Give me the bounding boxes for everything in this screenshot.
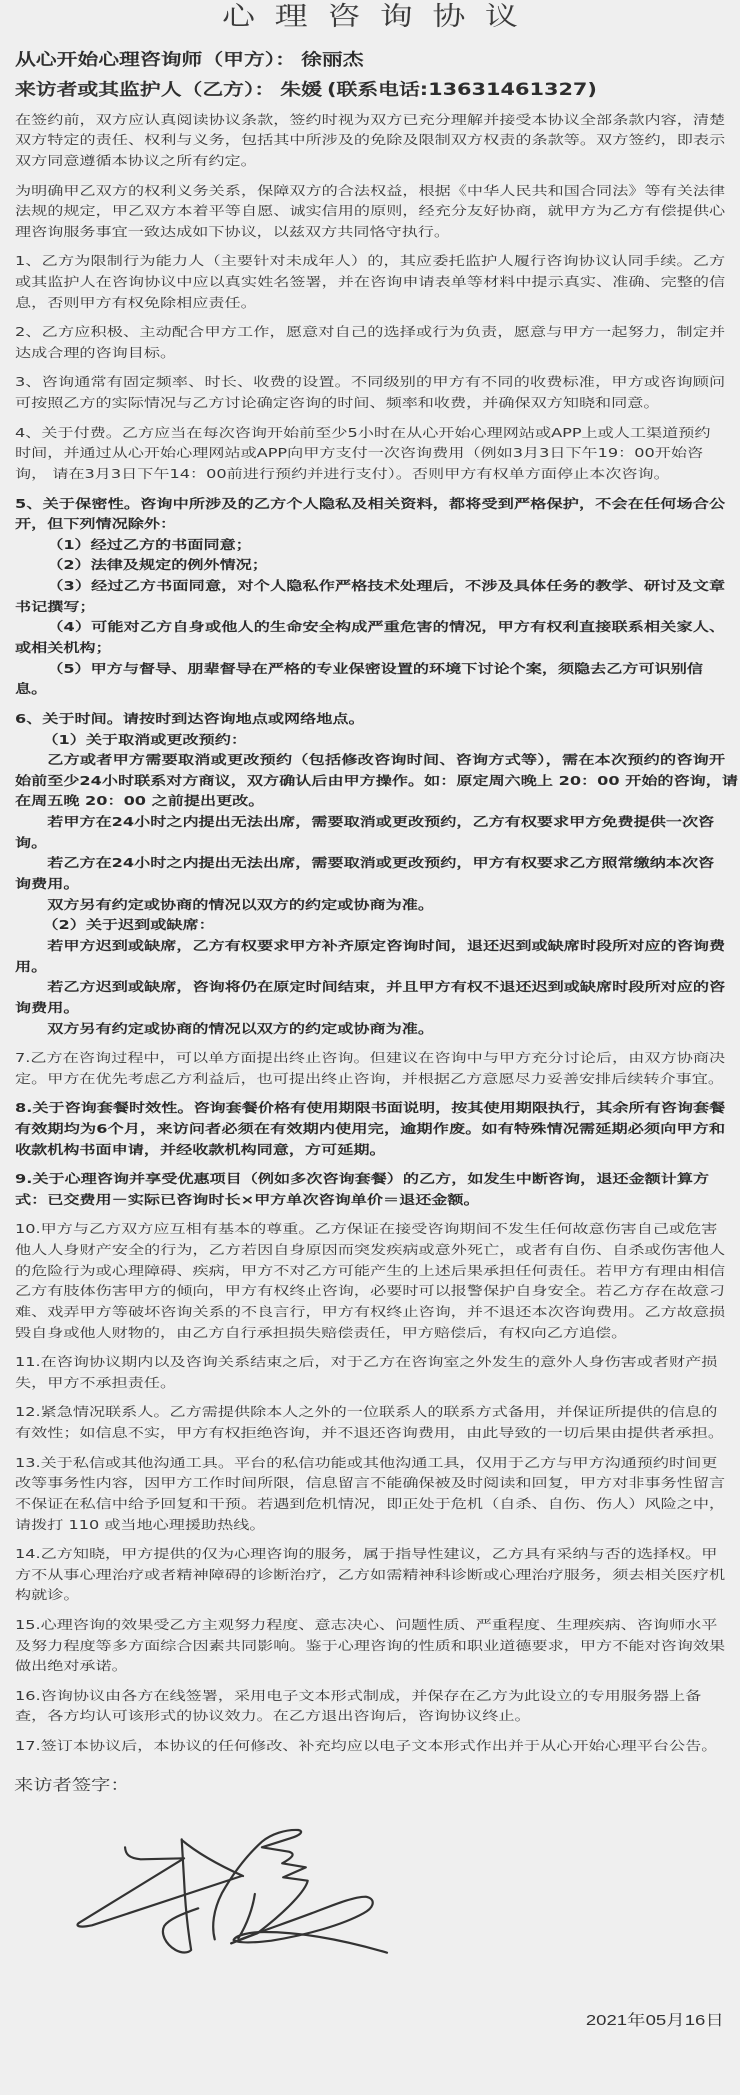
- text-line: 可按照乙方的实际情况与乙方讨论确定咨询的时间、频率和收费，并确保双方知晓和同意。: [15, 393, 725, 414]
- text-line: 16.咨询协议由各方在线签署，采用电子文本形式制成，并保存在乙方为此设立的专用服…: [15, 1686, 725, 1707]
- text-line: 在签约前，双方应认真阅读协议条款，签约时视为双方已充分理解并接受本协议全部条款内…: [15, 110, 725, 131]
- preamble-paragraph: 为明确甲乙双方的权利义务关系，保障双方的合法权益，根据《中华人民共和国合同法》等…: [15, 181, 725, 243]
- party-b-name: 朱媛: [280, 80, 322, 99]
- exception-item-4: （4）可能对乙方自身或他人的生命安全构成严重危害的情况，甲方有权利直接联系相关家…: [15, 617, 725, 638]
- text-line: 13.关于私信或其他沟通工具。平台的私信功能或其他沟通工具，仅用于乙方与甲方沟通…: [15, 1453, 725, 1474]
- text-line: 询费用。: [15, 998, 725, 1019]
- text-line: 失，甲方不承担责任。: [15, 1373, 725, 1394]
- handwritten-signature-image: [0, 1770, 740, 2095]
- text-line: 若甲方在24小时之内提出无法出席，需要取消或更改预约，乙方有权要求甲方免费提供一…: [15, 812, 725, 833]
- text-line: 若甲方迟到或缺席，乙方有权要求甲方补齐原定咨询时间，退还迟到或缺席时段所对应的咨…: [15, 936, 725, 957]
- text-line: 构就诊。: [15, 1585, 725, 1606]
- text-line: 4、关于付费。乙方应当在每次咨询开始前至少5小时在从心开始心理网站或APP上或人…: [15, 423, 725, 444]
- party-b-line: 来访者或其监护人（乙方）：朱媛(联系电话:13631461327): [15, 75, 726, 105]
- text-line: 12.紧急情况联系人。乙方需提供除本人之外的一位联系人的联系方式备用，并保证所提…: [15, 1402, 725, 1423]
- text-line: 8.关于咨询套餐时效性。咨询套餐价格有使用期限书面说明，按其使用期限执行，其余所…: [15, 1098, 725, 1119]
- counseling-agreement-document: 心理咨询协议 从心开始心理咨询师（甲方）：徐丽杰 来访者或其监护人（乙方）：朱媛…: [0, 0, 740, 2095]
- text-line: 在周五晚 20：00 之前提出更改。: [15, 791, 725, 812]
- text-line: 定。甲方在优先考虑乙方利益后，也可提出终止咨询，并根据乙方意愿尽力妥善安排后续转…: [15, 1069, 725, 1090]
- text-line: 开，但下列情况除外：: [15, 514, 725, 535]
- parties-block: 从心开始心理咨询师（甲方）：徐丽杰 来访者或其监护人（乙方）：朱媛(联系电话:1…: [15, 45, 726, 105]
- text-line: 不保证在私信中给予回复和干预。若遇到危机情况，即正处于危机（自杀、自伤、伤人）风…: [15, 1494, 725, 1515]
- party-a-line: 从心开始心理咨询师（甲方）：徐丽杰: [15, 45, 726, 75]
- text-line: 改等事务性内容，因甲方工作时间所限，信息留言不能确保被及时阅读和回复，甲方对非事…: [15, 1473, 725, 1494]
- text-line: 7.乙方在咨询过程中，可以单方面提出终止咨询。但建议在咨询中与甲方充分讨论后，由…: [15, 1048, 725, 1069]
- exception-item-1: （1）经过乙方的书面同意；: [15, 535, 725, 556]
- clause-11: 11.在咨询协议期内以及咨询关系结束之后，对于乙方在咨询室之外发生的意外人身伤害…: [15, 1352, 725, 1393]
- text-line: 始前至少24小时联系对方商议，双方确认后由甲方操作。如：原定周六晚上 20：00…: [15, 771, 725, 792]
- text-line: 做出绝对承诺。: [15, 1656, 725, 1677]
- text-line: 询， 请在3月3日下午14：00前进行预约并进行支付）。否则甲方有权单方面停止本…: [15, 464, 725, 485]
- clause-16: 16.咨询协议由各方在线签署，采用电子文本形式制成，并保存在乙方为此设立的专用服…: [15, 1686, 725, 1727]
- text-line: 他人人身财产安全的行为，乙方若因自身原因而突发疾病或意外死亡，或者有自伤、自杀或…: [15, 1240, 725, 1261]
- clause-14: 14.乙方知晓，甲方提供的仅为心理咨询的服务，属于指导性建议，乙方具有采纳与否的…: [15, 1544, 725, 1606]
- text-line: 查，各方均认可该形式的协议效力。在乙方退出咨询后，咨询协议终止。: [15, 1706, 725, 1727]
- text-line: 或相关机构；: [15, 638, 725, 659]
- text-line: 有效性；如信息不实，甲方有权拒绝咨询，并不退还咨询费用，由此导致的一切后果由提供…: [15, 1423, 725, 1444]
- text-line: 书记撰写；: [15, 597, 725, 618]
- text-line: 双方另有约定或协商的情况以双方的约定或协商为准。: [15, 895, 725, 916]
- text-line: 达成合理的咨询目标。: [15, 343, 725, 364]
- text-line: 15.心理咨询的效果受乙方主观努力程度、意志决心、问题性质、严重程度、生理疾病、…: [15, 1615, 725, 1636]
- clause-2: 2、乙方应积极、主动配合甲方工作，愿意对自己的选择或行为负责，愿意与甲方一起努力…: [15, 322, 725, 363]
- clause-1: 1、乙方为限制行为能力人（主要针对未成年人）的，其应委托监护人履行咨询协议认同手…: [15, 251, 725, 313]
- text-line: 收款机构书面申请，并经收款机构同意，方可延期。: [15, 1140, 725, 1161]
- intro-paragraph: 在签约前，双方应认真阅读协议条款，签约时视为双方已充分理解并接受本协议全部条款内…: [15, 110, 725, 172]
- text-line: 询。: [15, 833, 725, 854]
- clause-13-messaging: 13.关于私信或其他沟通工具。平台的私信功能或其他沟通工具，仅用于乙方与甲方沟通…: [15, 1453, 725, 1536]
- text-line: 若乙方在24小时之内提出无法出席，需要取消或更改预约，甲方有权要求乙方照常缴纳本…: [15, 853, 725, 874]
- text-line: 时间，并通过从心开始心理网站或APP向甲方支付一次咨询费用（例如3月3日下午19…: [15, 443, 725, 464]
- text-line: 请拨打 110 或当地心理援助热线。: [15, 1515, 725, 1536]
- text-line: 双方特定的责任、权利与义务，包括其中所涉及的免除及限制双方权责的条款等。双方签约…: [15, 130, 725, 151]
- party-b-label: 来访者或其监护人（乙方）：: [15, 80, 275, 99]
- text-line: 1、乙方为限制行为能力人（主要针对未成年人）的，其应委托监护人履行咨询协议认同手…: [15, 251, 725, 272]
- text-line: 询费用。: [15, 874, 725, 895]
- clause-7: 7.乙方在咨询过程中，可以单方面提出终止咨询。但建议在咨询中与甲方充分讨论后，由…: [15, 1048, 725, 1089]
- text-line: 的危险行为或心理障碍、疾病，甲方不对乙方可能产生的上述后果承担任何责任。若甲方有…: [15, 1261, 725, 1282]
- text-line: 毁自身或他人财物的，由乙方自行承担损失赔偿责任，甲方赔偿后，有权向乙方追偿。: [15, 1323, 725, 1344]
- text-line: 息。: [15, 679, 725, 700]
- text-line: 双方另有约定或协商的情况以双方的约定或协商为准。: [15, 1019, 725, 1040]
- party-a-label: 从心开始心理咨询师（甲方）：: [15, 50, 296, 69]
- text-line: 9.关于心理咨询并享受优惠项目（例如多次咨询套餐）的乙方，如发生中断咨询，退还金…: [15, 1169, 725, 1190]
- subsection-cancel-heading: （1）关于取消或更改预约：: [15, 730, 725, 751]
- clause-6-time: 6、关于时间。请按时到达咨询地点或网络地点。 （1）关于取消或更改预约： 乙方或…: [15, 709, 725, 1039]
- exception-item-2: （2）法律及规定的例外情况；: [15, 555, 725, 576]
- text-line: 17.签订本协议后，本协议的任何修改、补充均应以电子文本形式作出并于从心开始心理…: [15, 1736, 725, 1757]
- text-line: 若乙方迟到或缺席，咨询将仍在原定时间结束，并且甲方有权不退还迟到或缺席时段所对应…: [15, 977, 725, 998]
- text-line: 为明确甲乙双方的权利义务关系，保障双方的合法权益，根据《中华人民共和国合同法》等…: [15, 181, 725, 202]
- agreement-body: 在签约前，双方应认真阅读协议条款，签约时视为双方已充分理解并接受本协议全部条款内…: [15, 110, 725, 1766]
- exception-item-3: （3）经过乙方书面同意，对个人隐私作严格技术处理后，不涉及具体任务的教学、研讨及…: [15, 576, 725, 597]
- clause-10: 10.甲方与乙方双方应互相有基本的尊重。乙方保证在接受咨询期间不发生任何故意伤害…: [15, 1219, 725, 1343]
- text-line: 乙方有肢体伤害甲方的倾向，甲方有权终止咨询，必要时可以报警保护自身安全。若乙方存…: [15, 1281, 725, 1302]
- clause-8-package-validity: 8.关于咨询套餐时效性。咨询套餐价格有使用期限书面说明，按其使用期限执行，其余所…: [15, 1098, 725, 1160]
- clause-12-emergency-contact: 12.紧急情况联系人。乙方需提供除本人之外的一位联系人的联系方式备用，并保证所提…: [15, 1402, 725, 1443]
- text-line: 有效期均为6个月，来访问者必须在有效期内使用完，逾期作废。如有特殊情况需延期必须…: [15, 1119, 725, 1140]
- text-line: 3、咨询通常有固定频率、时长、收费的设置。不同级别的甲方有不同的收费标准，甲方或…: [15, 372, 725, 393]
- text-line: 息，否则甲方有权免除相应责任。: [15, 293, 725, 314]
- text-line: 11.在咨询协议期内以及咨询关系结束之后，对于乙方在咨询室之外发生的意外人身伤害…: [15, 1352, 725, 1373]
- text-line: 2、乙方应积极、主动配合甲方工作，愿意对自己的选择或行为负责，愿意与甲方一起努力…: [15, 322, 725, 343]
- clause-4-payment: 4、关于付费。乙方应当在每次咨询开始前至少5小时在从心开始心理网站或APP上或人…: [15, 423, 725, 485]
- clause-9-refund: 9.关于心理咨询并享受优惠项目（例如多次咨询套餐）的乙方，如发生中断咨询，退还金…: [15, 1169, 725, 1210]
- text-line: 乙方或者甲方需要取消或更改预约（包括修改咨询时间、咨询方式等），需在本次预约的咨…: [15, 750, 725, 771]
- text-line: 方不从事心理治疗或者精神障碍的诊断治疗，乙方如需精神科诊断或心理治疗服务，须去相…: [15, 1565, 725, 1586]
- exception-item-5: （5）甲方与督导、朋辈督导在严格的专业保密设置的环境下讨论个案，须隐去乙方可识别…: [15, 659, 725, 680]
- text-line: 或其监护人在咨询协议中应以真实姓名签署，并在咨询申请表单等材料中提示真实、准确、…: [15, 272, 725, 293]
- text-line: 10.甲方与乙方双方应互相有基本的尊重。乙方保证在接受咨询期间不发生任何故意伤害…: [15, 1219, 725, 1240]
- text-line: 6、关于时间。请按时到达咨询地点或网络地点。: [15, 709, 725, 730]
- text-line: 用。: [15, 957, 725, 978]
- document-title: 心理咨询协议: [0, 0, 740, 34]
- text-line: 理咨询服务事宜一致达成如下协议，以兹双方共同恪守执行。: [15, 222, 725, 243]
- text-line: 及努力程度等多方面综合因素共同影响。鉴于心理咨询的性质和职业道德要求，甲方不能对…: [15, 1636, 725, 1657]
- clause-17: 17.签订本协议后，本协议的任何修改、补充均应以电子文本形式作出并于从心开始心理…: [15, 1736, 725, 1757]
- subsection-late-heading: （2）关于迟到或缺席：: [15, 915, 725, 936]
- text-line: 难、戏弄甲方等破坏咨询关系的不良言行，甲方有权终止咨询，并不退还本次咨询费用。乙…: [15, 1302, 725, 1323]
- text-line: 法规的规定，甲乙双方本着平等自愿、诚实信用的原则，经充分友好协商，就甲方为乙方有…: [15, 201, 725, 222]
- party-b-contact: (联系电话:13631461327): [327, 80, 597, 99]
- clause-15: 15.心理咨询的效果受乙方主观努力程度、意志决心、问题性质、严重程度、生理疾病、…: [15, 1615, 725, 1677]
- text-line: 14.乙方知晓，甲方提供的仅为心理咨询的服务，属于指导性建议，乙方具有采纳与否的…: [15, 1544, 725, 1565]
- text-line: 双方同意遵循本协议之所有约定。: [15, 151, 725, 172]
- clause-5-confidentiality: 5、关于保密性。咨询中所涉及的乙方个人隐私及相关资料，都将受到严格保护，不会在任…: [15, 494, 725, 700]
- text-line: 式：已交费用－实际已咨询时长×甲方单次咨询单价＝退还金额。: [15, 1190, 725, 1211]
- party-a-name: 徐丽杰: [301, 50, 363, 69]
- clause-3: 3、咨询通常有固定频率、时长、收费的设置。不同级别的甲方有不同的收费标准，甲方或…: [15, 372, 725, 413]
- text-line: 5、关于保密性。咨询中所涉及的乙方个人隐私及相关资料，都将受到严格保护，不会在任…: [15, 494, 725, 515]
